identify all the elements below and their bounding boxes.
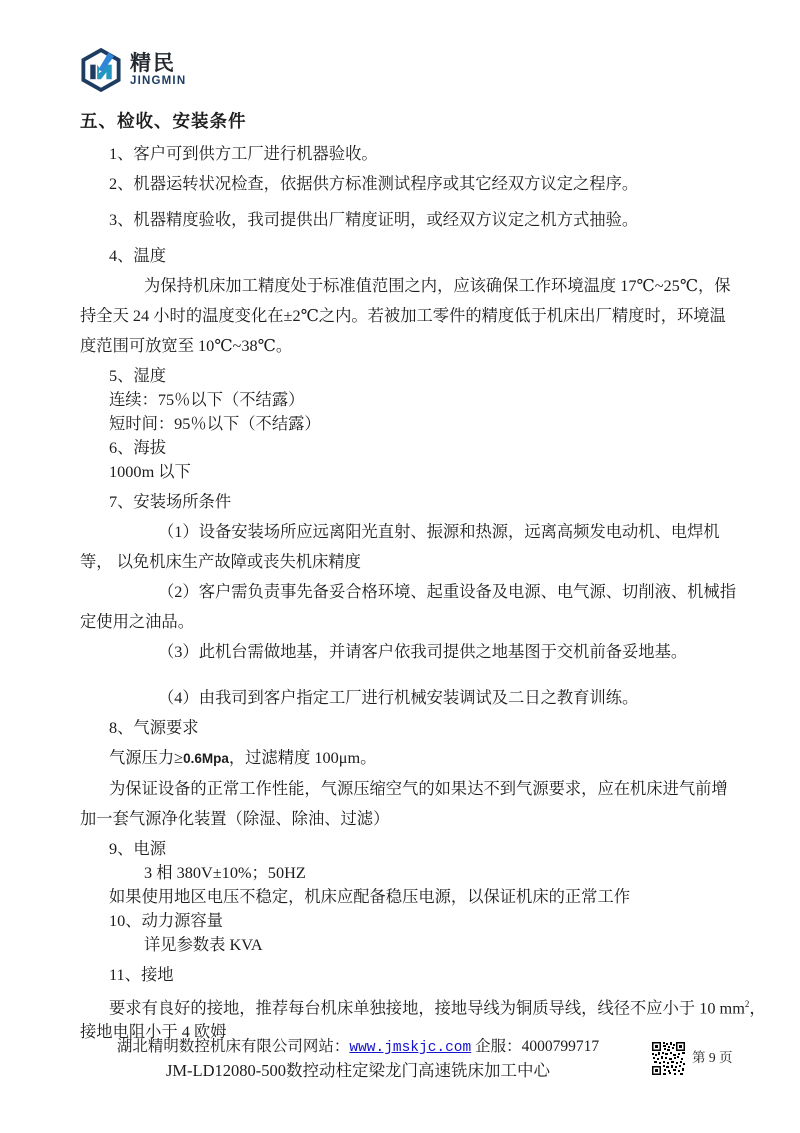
power-note-line: 如果使用地区电压不稳定，机床应配备稳压电源，以保证机床的正常工作 bbox=[80, 884, 740, 909]
site-condition-2-line: 定使用之油品。 bbox=[80, 609, 740, 634]
temperature-paragraph-line: 持全天 24 小时的温度变化在±2℃之内。若被加工零件的精度低于机床出厂精度时，… bbox=[80, 303, 740, 328]
humidity-shortterm-line: 短时间：95％以下（不结露） bbox=[80, 411, 740, 436]
company-logo: 精民 JINGMIN bbox=[78, 46, 186, 94]
text-segment: ， bbox=[749, 998, 765, 1017]
altitude-line: 1000m 以下 bbox=[80, 459, 740, 484]
text-segment: 气源压力≥ bbox=[109, 748, 183, 767]
footer-company-line: 湖北精明数控机床有限公司网站：www.jmskjc.com 企服：4000799… bbox=[48, 1036, 668, 1059]
item-9-heading: 9、电源 bbox=[80, 836, 740, 861]
item-11-heading: 11、接地 bbox=[80, 962, 740, 987]
site-condition-2-line: （2）客户需负责事先备妥合格环境、起重设备及电源、电气源、切削液、机械指 bbox=[80, 579, 740, 604]
page-number: 第 9 页 bbox=[692, 1046, 733, 1066]
grounding-line: 要求有良好的接地，推荐每台机床单独接地，接地导线为铜质导线，线径不应小于 10 … bbox=[80, 992, 740, 1020]
section-heading: 五、检收、安装条件 bbox=[80, 108, 740, 134]
site-condition-4-line: （4）由我司到客户指定工厂进行机械安装调试及二日之教育训练。 bbox=[80, 685, 740, 710]
air-paragraph-line: 加一套气源净化装置（除湿、除油、过滤） bbox=[80, 806, 740, 831]
item-2: 2、机器运转状况检查，依据供方标准测试程序或其它经双方议定之程序。 bbox=[80, 171, 740, 196]
site-condition-3-line: （3）此机台需做地基，并请客户依我司提供之地基图于交机前备妥地基。 bbox=[80, 639, 740, 664]
air-pressure-line: 气源压力≥0.6Mpa，过滤精度 100μm。 bbox=[80, 745, 740, 771]
item-4-heading: 4、温度 bbox=[80, 243, 740, 268]
logo-en-label: JINGMIN bbox=[130, 76, 186, 88]
qr-code-icon bbox=[652, 1042, 685, 1075]
power-spec-line: 3 相 380V±10%；50HZ bbox=[80, 860, 740, 885]
site-condition-1-line: 等， 以免机床生产故障或丧失机床精度 bbox=[80, 549, 740, 574]
logo-text: 精民 JINGMIN bbox=[130, 53, 186, 88]
capacity-line: 详见参数表 KVA bbox=[80, 932, 740, 957]
logo-hexagon-icon bbox=[78, 46, 124, 94]
pressure-value: 0.6Mpa bbox=[183, 751, 229, 766]
item-6-heading: 6、海拔 bbox=[80, 435, 740, 460]
item-10-heading: 10、动力源容量 bbox=[80, 908, 740, 933]
text-segment: 要求有良好的接地，推荐每台机床单独接地，接地导线为铜质导线，线径不应小于 10 … bbox=[109, 998, 745, 1017]
item-5-heading: 5、湿度 bbox=[80, 363, 740, 388]
page-footer: 湖北精明数控机床有限公司网站：www.jmskjc.com 企服：4000799… bbox=[0, 1036, 800, 1082]
item-1: 1、客户可到供方工厂进行机器验收。 bbox=[80, 141, 740, 166]
item-7-heading: 7、安装场所条件 bbox=[80, 489, 740, 514]
website-link[interactable]: www.jmskjc.com bbox=[349, 1040, 471, 1056]
humidity-continuous-line: 连续：75％以下（不结露） bbox=[80, 387, 740, 412]
item-8-heading: 8、气源要求 bbox=[80, 715, 740, 740]
document-page: 精民 JINGMIN 五、检收、安装条件 1、客户可到供方工厂进行机器验收。 2… bbox=[0, 0, 800, 1133]
temperature-paragraph-line: 为保持机床加工精度处于标准值范围之内，应该确保工作环境温度 17℃~25℃，保 bbox=[80, 273, 740, 298]
logo-zh-label: 精民 bbox=[130, 53, 186, 74]
air-paragraph-line: 为保证设备的正常工作性能，气源压缩空气的如果达不到气源要求，应在机床进气前增 bbox=[80, 776, 740, 801]
item-3: 3、机器精度验收，我司提供出厂精度证明，或经双方议定之机方式抽验。 bbox=[80, 207, 740, 232]
document-body: 五、检收、安装条件 1、客户可到供方工厂进行机器验收。 2、机器运转状况检查，依… bbox=[80, 108, 740, 1044]
text-segment: ，过滤精度 100μm。 bbox=[229, 748, 377, 767]
temperature-paragraph-line: 度范围可放宽至 10℃~38℃。 bbox=[80, 333, 740, 358]
machine-model-line: JM-LD12080-500数控动柱定梁龙门高速铣床加工中心 bbox=[48, 1059, 668, 1082]
site-condition-1-line: （1）设备安装场所应远离阳光直射、振源和热源，远离高频发电动机、电焊机 bbox=[80, 519, 740, 544]
company-name: 湖北精明数控机床有限公司网站： bbox=[117, 1038, 350, 1055]
service-phone: 企服：4000799717 bbox=[471, 1038, 599, 1055]
